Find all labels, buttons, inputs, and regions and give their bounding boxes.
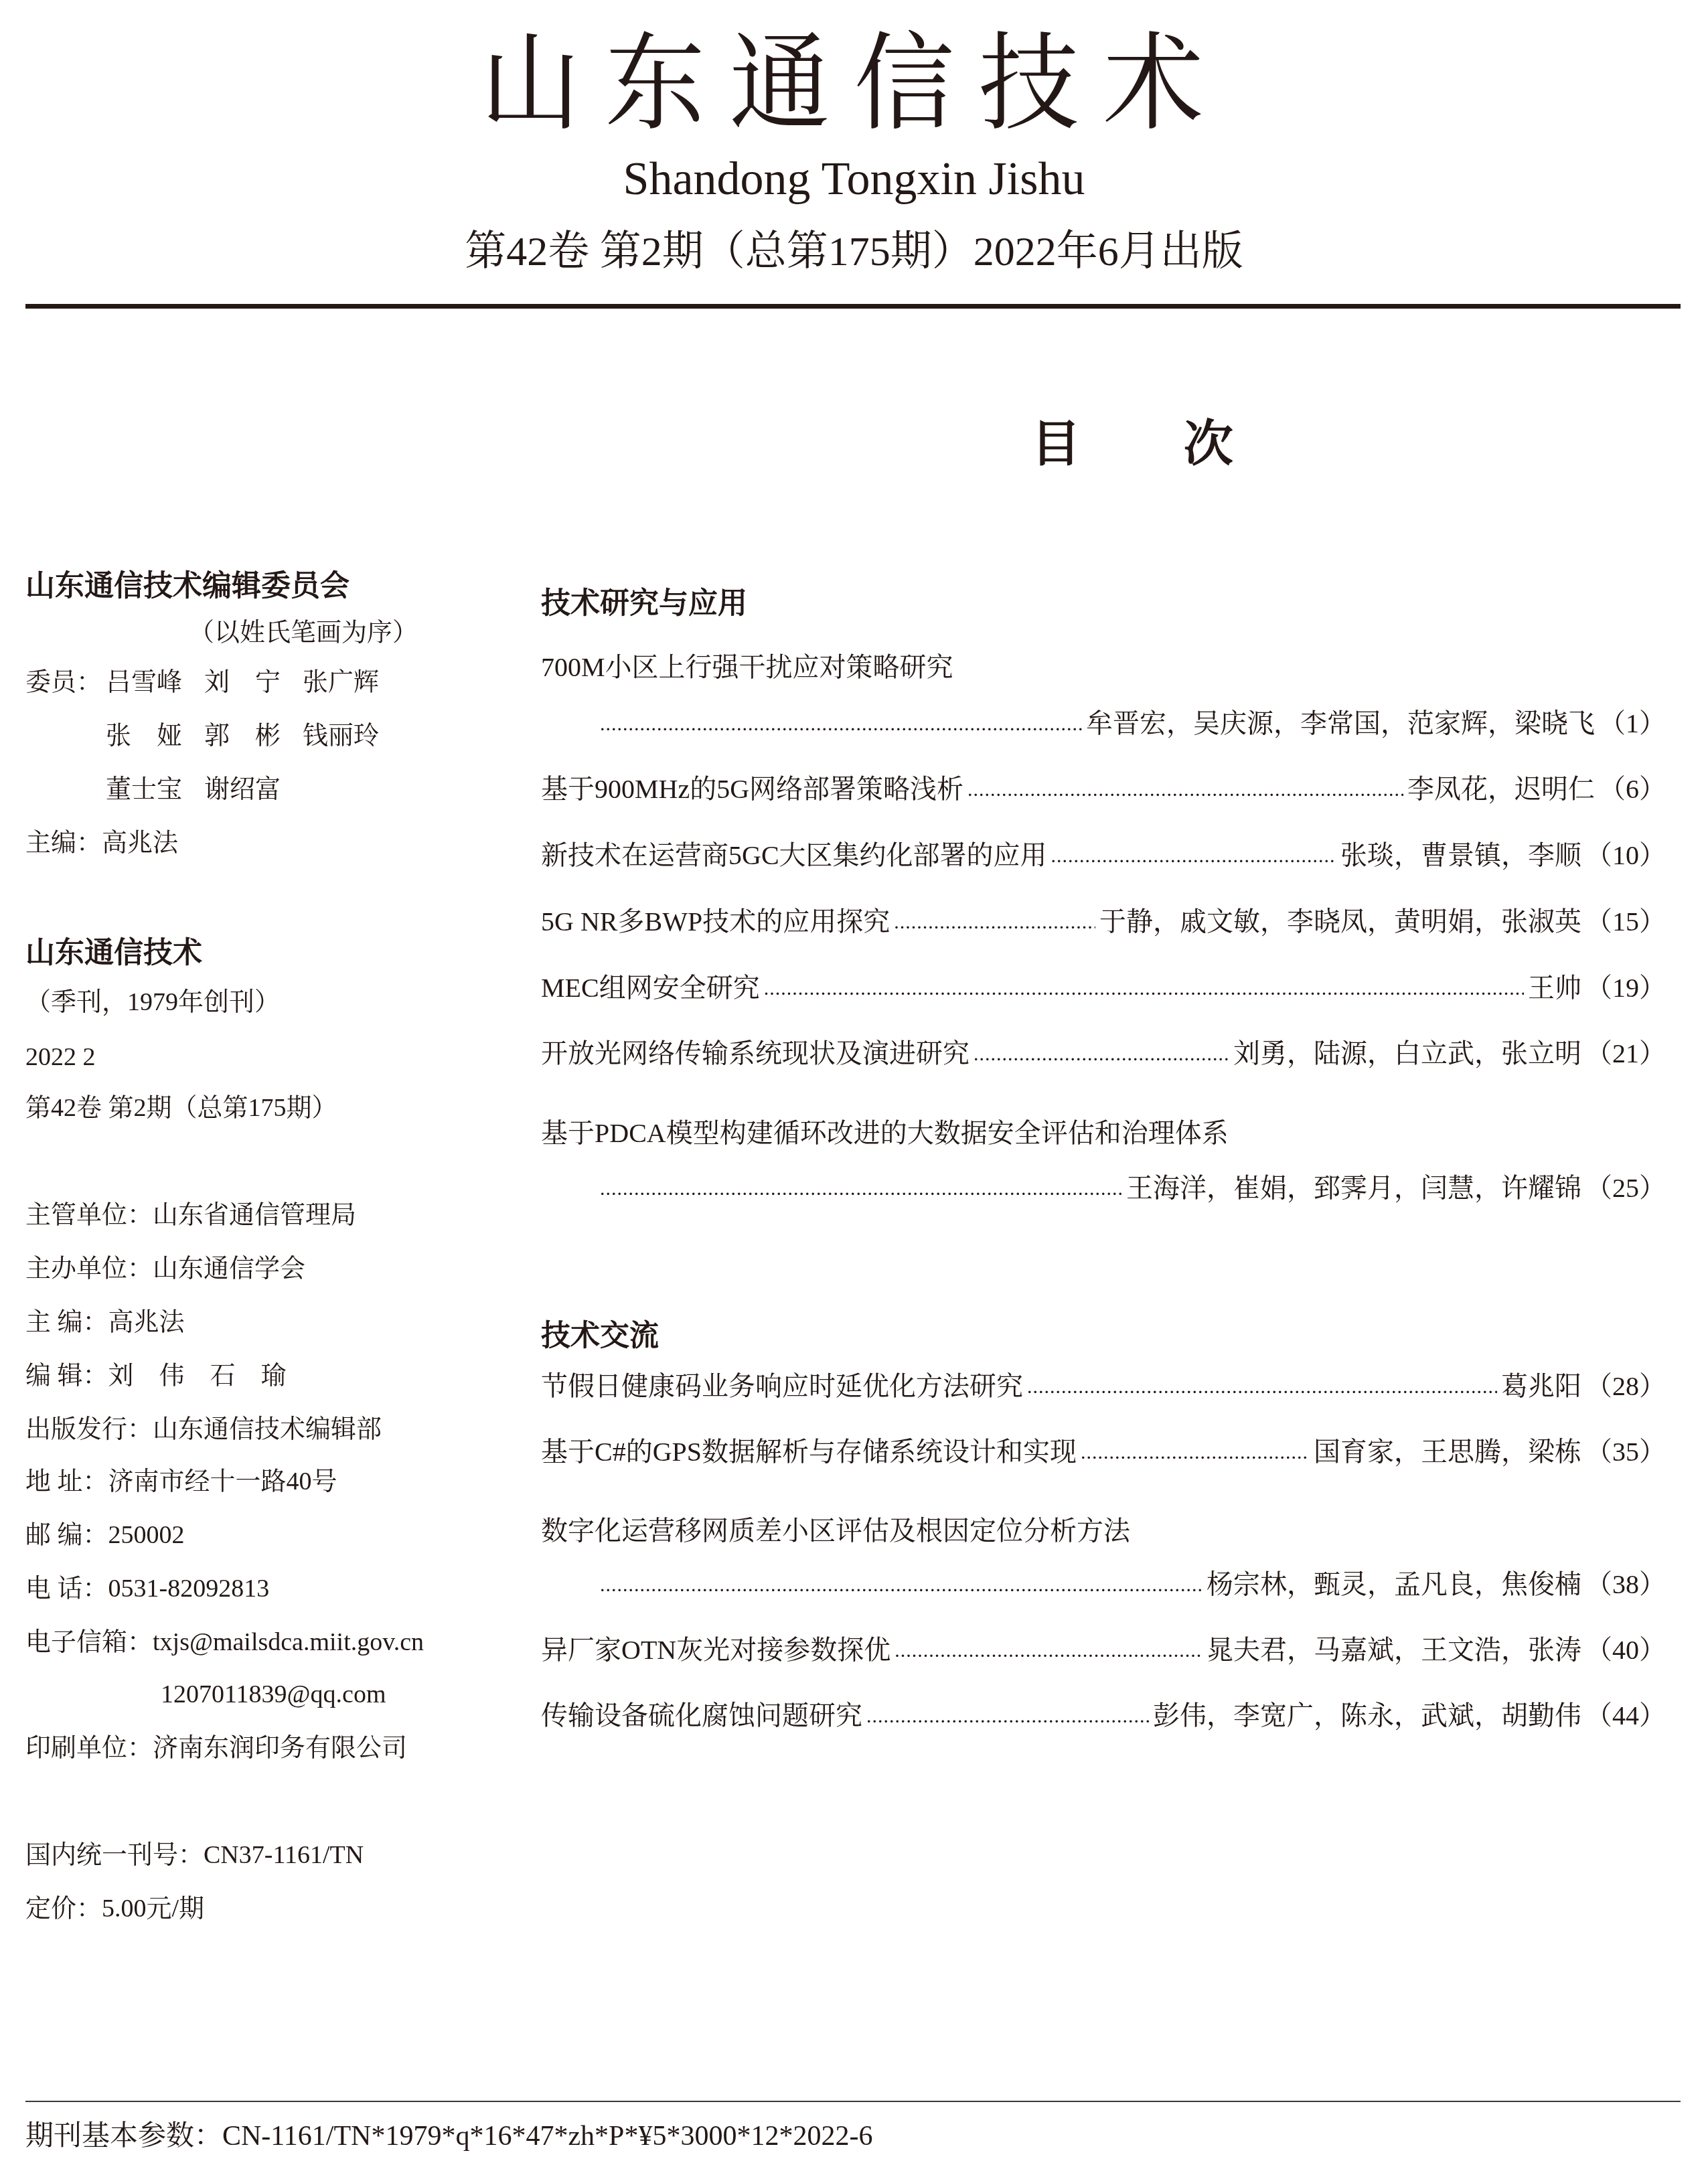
info-label: 主办单位： [25,1255,153,1283]
member-name: 张广辉 [303,668,379,696]
issn-line: 国内统一刊号：CN37-1161/TN [25,1840,364,1870]
info-value: 济南东润印务有限公司 [153,1734,407,1762]
info-row: 地 址：济南市经十一路40号 [25,1466,337,1497]
members-row-1: 吕雪峰 刘 宁 张广辉 [106,667,379,698]
issue-line: 第42卷 第2期（总第175期）2022年6月出版 [0,226,1708,277]
toc-entry[interactable]: 异厂家OTN灰光对接参数探优 .........................… [541,1629,1666,1667]
toc-entry-authors: 刘勇，陆源，白立武，张立明 [1233,1037,1581,1070]
dot-leader: ........................................… [1051,843,1336,870]
members-row-2: 张 娅 郭 彬 钱丽玲 [106,720,379,751]
info-row: 主 编：高兆法 [25,1307,185,1338]
info-row: 主办单位：山东通信学会 [25,1253,305,1284]
journal-year-issue: 2022 2 [25,1042,96,1072]
journal-heading: 山东通信技术 [25,936,202,971]
toc-entry-authors: 葛兆阳 [1501,1370,1581,1403]
info-value: 山东通信技术编辑部 [153,1415,382,1443]
footer-divider [25,2101,1681,2102]
toc-entry-authors: 于静，戚文敏，李晓凤，黄明娟，张淑英 [1099,905,1581,939]
toc-entry-page: （40） [1585,1633,1666,1667]
info-label: 出版发行： [25,1415,153,1443]
info-label: 印刷单位： [25,1734,153,1762]
toc-entry-page: （38） [1585,1568,1666,1601]
member-name: 董士宝 [106,775,182,803]
toc-entry[interactable]: ........................................… [541,703,1666,740]
toc-entry[interactable]: 开放光网络传输系统现状及演进研究 .......................… [541,1033,1666,1070]
toc-entry-page: （44） [1585,1699,1666,1733]
dot-leader: ........................................… [600,1572,1202,1599]
toc-entry-title: MEC组网安全研究 [541,971,760,1005]
toc-entry-title: 节假日健康码业务响应时延优化方法研究 [541,1370,1023,1403]
committee-heading: 山东通信技术编辑委员会 [25,569,350,604]
chief-editor-line: 主编：高兆法 [25,827,178,858]
toc-entry-title: 传输设备硫化腐蚀问题研究 [541,1699,862,1733]
toc-entry[interactable]: 基于C#的GPS数据解析与存储系统设计和实现 .................… [541,1431,1666,1469]
dot-leader: ........................................… [895,1637,1202,1664]
toc-entry[interactable]: MEC组网安全研究 ..............................… [541,967,1666,1005]
toc-entry[interactable]: ........................................… [541,1564,1666,1601]
toc-entry-page: （10） [1585,839,1666,872]
toc-entry-title: 新技术在运营商5GC大区集约化部署的应用 [541,839,1047,872]
email-link[interactable]: txjs@mailsdca.miit.gov.cn [153,1628,424,1656]
toc-entry-title: 基于C#的GPS数据解析与存储系统设计和实现 [541,1435,1077,1469]
info-row: 1207011839@qq.com [161,1679,386,1710]
info-row: 印刷单位：济南东润印务有限公司 [25,1733,407,1763]
info-label: 主 编： [25,1308,108,1336]
toc-entry-title[interactable]: 基于PDCA模型构建循环改进的大数据安全评估和治理体系 [541,1117,1229,1150]
member-name: 郭 彬 [204,722,281,750]
journal-subtitle: Shandong Tongxin Jishu [0,153,1708,206]
journal-title: 山东通信技术 [0,24,1708,144]
dot-leader: ........................................… [600,711,1082,738]
toc-entry-page: （6） [1599,773,1666,806]
dot-leader: ........................................… [1027,1374,1497,1400]
toc-entry[interactable]: 节假日健康码业务响应时延优化方法研究 .....................… [541,1366,1666,1403]
toc-entry-page: （19） [1585,971,1666,1005]
toc-entry[interactable]: 新技术在运营商5GC大区集约化部署的应用 ...................… [541,835,1666,872]
dot-leader: ........................................… [967,777,1403,803]
members-label: 委员： [25,667,102,698]
info-row: 主管单位：山东省通信管理局 [25,1200,356,1230]
info-label: 编 辑： [25,1362,108,1390]
dot-leader: ........................................… [974,1041,1229,1068]
member-name: 刘 宁 [204,668,281,696]
info-value: 山东省通信管理局 [153,1201,356,1229]
price-line: 定价：5.00元/期 [25,1893,204,1924]
toc-entry-page: （25） [1585,1172,1666,1205]
toc-entry-title: 基于900MHz的5G网络部署策略浅析 [541,773,963,806]
info-value: 济南市经十一路40号 [108,1467,337,1496]
toc-entry[interactable]: 基于900MHz的5G网络部署策略浅析 ....................… [541,769,1666,806]
toc-entry[interactable]: 5G NR多BWP技术的应用探究 .......................… [541,901,1666,939]
journal-volume-line: 第42卷 第2期（总第175期） [25,1093,337,1123]
toc-entry-page: （21） [1585,1037,1666,1070]
journal-parameters-footer: 期刊基本参数：CN-1161/TN*1979*q*16*47*zh*P*¥5*3… [25,2119,872,2154]
chief-editor-name: 高兆法 [102,829,178,857]
journal-frequency: （季刊，1979年创刊） [25,987,280,1018]
toc-entry-page: （35） [1585,1435,1666,1469]
dot-leader: ........................................… [1081,1439,1310,1466]
toc-entry-title: 开放光网络传输系统现状及演进研究 [541,1037,969,1070]
toc-entry[interactable]: 传输设备硫化腐蚀问题研究 ...........................… [541,1695,1666,1733]
member-name: 张 娅 [106,722,182,750]
toc-entry-page: （1） [1599,707,1666,740]
info-value: 刘 伟 石 瑜 [108,1362,287,1390]
member-name: 谢绍富 [204,775,281,803]
toc-entry-authors: 彭伟，李宽广，陈永，武斌，胡勤伟 [1153,1699,1581,1733]
toc-entry[interactable]: ........................................… [541,1168,1666,1205]
info-value: 0531-82092813 [108,1575,270,1603]
members-row-3: 董士宝 谢绍富 [106,774,281,805]
info-value: 高兆法 [108,1308,185,1336]
info-label: 主管单位： [25,1201,153,1229]
info-row: 邮 编：250002 [25,1520,185,1550]
dot-leader: ........................................… [894,909,1095,936]
info-row: 电子信箱：txjs@mailsdca.miit.gov.cn [25,1627,424,1658]
info-label: 地 址： [25,1467,108,1496]
committee-note: （以姓氏笔画为序） [189,617,418,648]
toc-entry-authors: 国育家，王思腾，梁栋 [1314,1435,1581,1469]
info-label: 电子信箱： [25,1628,153,1656]
chief-editor-label: 主编： [25,829,102,857]
toc-entry-title: 5G NR多BWP技术的应用探究 [541,905,890,939]
toc-entry-authors: 杨宗林，甄灵，孟凡良，焦俊楠 [1207,1568,1581,1601]
info-row: 电 话：0531-82092813 [25,1573,269,1604]
toc-entry-page: （28） [1585,1370,1666,1403]
toc-entry-title[interactable]: 数字化运营移网质差小区评估及根因定位分析方法 [541,1514,1130,1548]
toc-heading: 目 次 [1031,414,1276,474]
member-name: 钱丽玲 [303,722,379,750]
header-divider [25,304,1681,309]
info-label: 邮 编： [25,1521,108,1549]
info-value: 山东通信学会 [153,1255,305,1283]
dot-leader: ........................................… [600,1176,1122,1202]
toc-entry-authors: 晁夫君，马嘉斌，王文浩，张涛 [1207,1633,1581,1667]
toc-entry-page: （15） [1585,905,1666,939]
email-link[interactable]: 1207011839@qq.com [161,1680,386,1708]
toc-entry-title[interactable]: 700M小区上行强干扰应对策略研究 [541,651,953,684]
info-value: 250002 [108,1521,185,1549]
toc-entry-authors: 牟晋宏，吴庆源，李常国，范家辉，梁晓飞 [1086,707,1595,740]
toc-entry-title: 异厂家OTN灰光对接参数探优 [541,1633,890,1667]
info-label: 电 话： [25,1575,108,1603]
toc-entry-authors: 张琰，曹景镇，李顺 [1340,839,1581,872]
section-heading: 技术研究与应用 [541,586,747,621]
toc-entry-authors: 李凤花，迟明仁 [1407,773,1595,806]
toc-entry-authors: 王帅 [1528,971,1581,1005]
member-name: 吕雪峰 [106,668,182,696]
dot-leader: ........................................… [866,1703,1149,1730]
section-heading: 技术交流 [541,1319,659,1354]
info-row: 出版发行：山东通信技术编辑部 [25,1414,382,1445]
info-row: 编 辑：刘 伟 石 瑜 [25,1360,287,1391]
dot-leader: ........................................… [764,975,1524,1002]
toc-entry-authors: 王海洋，崔娟，郅霁月，闫慧，许耀锦 [1126,1172,1581,1205]
